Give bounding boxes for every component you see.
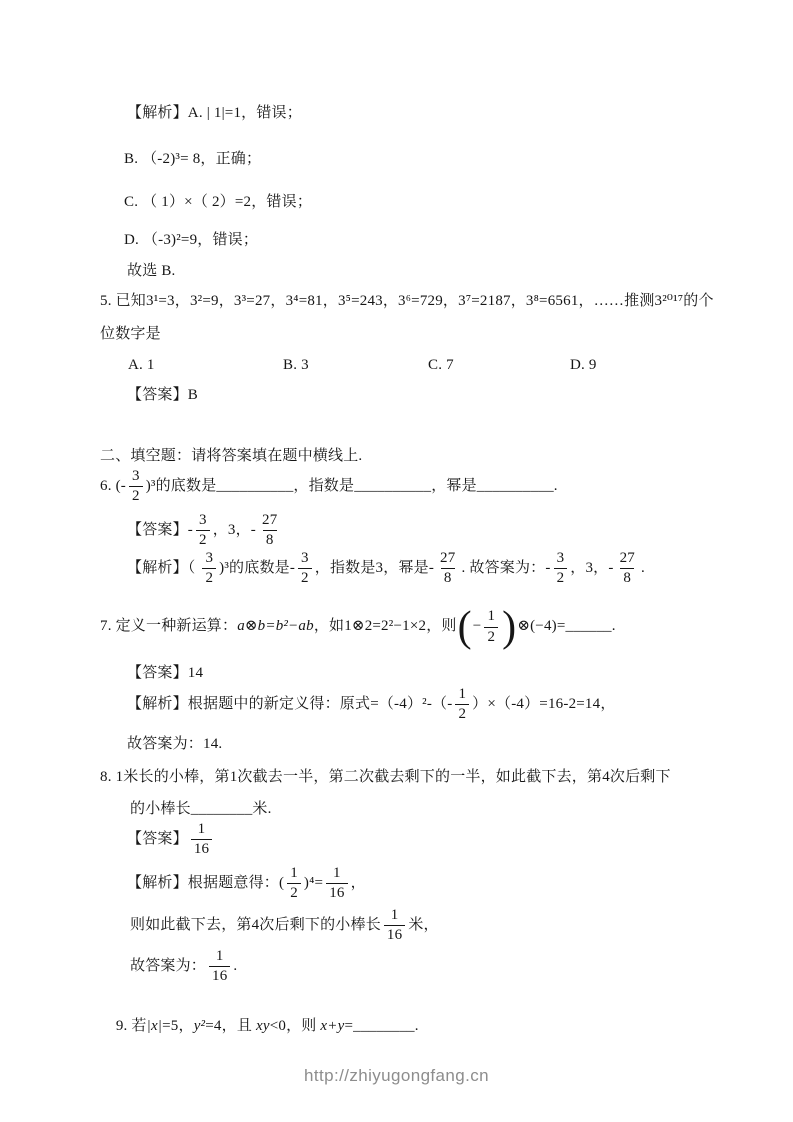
fraction: 116 bbox=[384, 907, 405, 945]
fraction-numerator: 27 bbox=[259, 512, 280, 530]
q6-stem-text: 6. (- bbox=[100, 477, 126, 497]
fraction-numerator: 27 bbox=[617, 550, 638, 568]
fraction-denominator: 16 bbox=[326, 883, 347, 902]
fraction-denominator: 2 bbox=[196, 530, 210, 549]
q9-stem-text: =________. bbox=[344, 1018, 418, 1034]
q4-solution-line-d: D. （-3)²=9，错误； bbox=[124, 231, 258, 251]
q6-solution-text: . 故答案为：- bbox=[461, 559, 550, 579]
q7-conclusion: 故答案为：14. bbox=[127, 735, 222, 755]
q9-stem-text: =5， bbox=[162, 1018, 194, 1034]
q8-solution-text: ， bbox=[351, 874, 366, 894]
worksheet-page: 【解析】A. | 1|=1，错误； B. （-2)³= 8，正确； C. （ 1… bbox=[0, 0, 793, 1122]
q8-solution-text: )⁴= bbox=[304, 874, 323, 894]
q8-solution-text: 米， bbox=[408, 916, 438, 936]
q5-answer: 【答案】B bbox=[127, 386, 198, 406]
q6-stem-text: )³的底数是__________，指数是__________，幂是_______… bbox=[146, 477, 558, 497]
q7-stem-text: 7. 定义一种新运算： bbox=[100, 617, 237, 637]
q8-answer-text: 【答案】 bbox=[127, 830, 188, 850]
q7-solution-text: ）×（-4）=16-2=14， bbox=[472, 695, 615, 715]
q6-answer: 【答案】- 32 ，3，- 278 bbox=[127, 512, 283, 550]
q6-solution: 【解析】（ 32 )³的底数是- 32 ，指数是3，幂是- 278 . 故答案为… bbox=[127, 550, 645, 588]
fraction-denominator: 8 bbox=[263, 530, 277, 549]
fraction-denominator: 8 bbox=[620, 568, 634, 587]
fraction-denominator: 8 bbox=[441, 568, 455, 587]
fraction: 116 bbox=[191, 821, 212, 859]
fraction-numerator: 3 bbox=[554, 550, 568, 568]
fraction-numerator: 3 bbox=[196, 512, 210, 530]
q8-conclusion-text: 故答案为： bbox=[130, 957, 206, 977]
section2-header: 二、填空题：请将答案填在题中横线上. bbox=[100, 447, 362, 467]
q9-math-xy: xy bbox=[256, 1018, 270, 1034]
q4-solution-line-c: C. （ 1）×（ 2）=2，错误； bbox=[124, 193, 312, 213]
fraction-numerator: 1 bbox=[388, 907, 402, 925]
fraction-numerator: 1 bbox=[287, 865, 301, 883]
fraction: 278 bbox=[437, 550, 458, 588]
q5-option-b: B. 3 bbox=[283, 356, 309, 376]
q8-solution: 【解析】根据题意得：( 12 )⁴= 116 ， bbox=[127, 865, 366, 903]
fraction: 116 bbox=[209, 948, 230, 986]
q8-conclusion-text: . bbox=[233, 957, 237, 977]
q8-solution-continued: 则如此截下去，第4次后剩下的小棒长 116 米， bbox=[130, 907, 439, 945]
q6-solution-text: ，指数是3，幂是- bbox=[315, 559, 434, 579]
q7-solution: 【解析】根据题中的新定义得：原式=（-4）²-（- 12 ）×（-4）=16-2… bbox=[127, 686, 616, 724]
q6-solution-text: ，3，- bbox=[570, 559, 613, 579]
fraction: 278 bbox=[259, 512, 280, 550]
q5-stem-line2: 位数字是 bbox=[100, 325, 161, 345]
fraction-numerator: 3 bbox=[129, 468, 143, 486]
q6-solution-text: . bbox=[641, 559, 645, 579]
q7-answer: 【答案】14 bbox=[127, 664, 203, 684]
q5-stem-line1: 5. 已知3¹=3，3²=9，3³=27，3⁴=81，3⁵=243，3⁶=729… bbox=[100, 292, 714, 312]
q7-stem-text: ⊗(−4)=______. bbox=[517, 617, 615, 637]
q6-stem: 6. (- 32 )³的底数是__________，指数是__________，… bbox=[100, 468, 558, 506]
fraction: 278 bbox=[617, 550, 638, 588]
fraction: 12 bbox=[484, 608, 498, 646]
fraction: 32 bbox=[202, 550, 216, 588]
q4-solution-line-b: B. （-2)³= 8，正确； bbox=[124, 150, 261, 170]
fraction: 32 bbox=[554, 550, 568, 588]
fraction-numerator: 3 bbox=[298, 550, 312, 568]
fraction-denominator: 16 bbox=[191, 839, 212, 858]
q8-stem-line2: 的小棒长________米. bbox=[130, 800, 272, 820]
fraction-numerator: 1 bbox=[455, 686, 469, 704]
fraction-denominator: 2 bbox=[484, 627, 498, 646]
q7-stem: 7. 定义一种新运算： a⊗b=b²−ab ，如 1⊗2=2²−1×2 ，则 (… bbox=[100, 606, 616, 648]
q9-stem-text: <0，则 bbox=[270, 1018, 321, 1034]
fraction-numerator: 1 bbox=[484, 608, 498, 626]
q6-answer-text: 【答案】- bbox=[127, 521, 193, 541]
big-left-paren: ( bbox=[458, 606, 472, 649]
fraction-denominator: 2 bbox=[202, 568, 216, 587]
fraction-denominator: 2 bbox=[455, 704, 469, 723]
q5-option-d: D. 9 bbox=[570, 356, 597, 376]
fraction: 32 bbox=[129, 468, 143, 506]
fraction: 32 bbox=[196, 512, 210, 550]
fraction-numerator: 3 bbox=[202, 550, 216, 568]
fraction: 32 bbox=[298, 550, 312, 588]
q6-solution-text: 【解析】（ bbox=[127, 559, 199, 579]
fraction-denominator: 2 bbox=[287, 883, 301, 902]
q7-solution-text: 【解析】根据题中的新定义得：原式=（-4）²-（- bbox=[127, 695, 452, 715]
fraction: 12 bbox=[287, 865, 301, 903]
q5-option-a: A. 1 bbox=[128, 356, 155, 376]
q6-solution-text: )³的底数是- bbox=[219, 559, 295, 579]
q7-stem-text: ，则 bbox=[426, 617, 456, 637]
q7-minus-sign: − bbox=[473, 617, 482, 637]
q7-stem-example: 1⊗2=2²−1×2 bbox=[344, 617, 426, 637]
q9-math-abs-x: |x| bbox=[147, 1018, 163, 1034]
fraction: 116 bbox=[326, 865, 347, 903]
fraction-numerator: 27 bbox=[437, 550, 458, 568]
q9-stem-text: =4，且 bbox=[205, 1018, 256, 1034]
big-right-paren: ) bbox=[502, 606, 516, 649]
q8-solution-text: 则如此截下去，第4次后剩下的小棒长 bbox=[130, 916, 381, 936]
footer-url: http://zhiyugongfang.cn bbox=[0, 1066, 793, 1086]
q9-math-y-squared: y² bbox=[194, 1018, 206, 1034]
q8-answer: 【答案】 116 bbox=[127, 821, 215, 859]
q9-math-x-plus-y: x+y bbox=[320, 1018, 344, 1034]
q7-stem-formula: a⊗b=b²−ab bbox=[237, 617, 314, 637]
fraction: 12 bbox=[455, 686, 469, 724]
fraction-numerator: 1 bbox=[195, 821, 209, 839]
fraction-numerator: 1 bbox=[330, 865, 344, 883]
q8-conclusion: 故答案为： 116 . bbox=[130, 948, 237, 986]
q7-stem-text: ，如 bbox=[314, 617, 344, 637]
fraction-denominator: 16 bbox=[384, 925, 405, 944]
fraction-denominator: 2 bbox=[298, 568, 312, 587]
q8-stem-line1: 8. 1米长的小棒，第1次截去一半，第二次截去剩下的一半，如此截下去，第4次后剩… bbox=[100, 768, 671, 788]
fraction-denominator: 2 bbox=[129, 486, 143, 505]
q8-solution-text: 【解析】根据题意得：( bbox=[127, 874, 284, 894]
q5-option-c: C. 7 bbox=[428, 356, 454, 376]
q6-answer-text: ，3，- bbox=[213, 521, 256, 541]
fraction-denominator: 2 bbox=[554, 568, 568, 587]
q9-stem-text: 9. 若 bbox=[116, 1018, 147, 1034]
fraction-denominator: 16 bbox=[209, 966, 230, 985]
fraction-numerator: 1 bbox=[213, 948, 227, 966]
q9-stem: 9. 若|x|=5，y²=4，且 xy<0，则 x+y=________. bbox=[100, 997, 419, 1056]
q4-solution-conclusion: 故选 B. bbox=[127, 262, 176, 282]
q4-solution-line-a: 【解析】A. | 1|=1，错误； bbox=[127, 104, 302, 124]
